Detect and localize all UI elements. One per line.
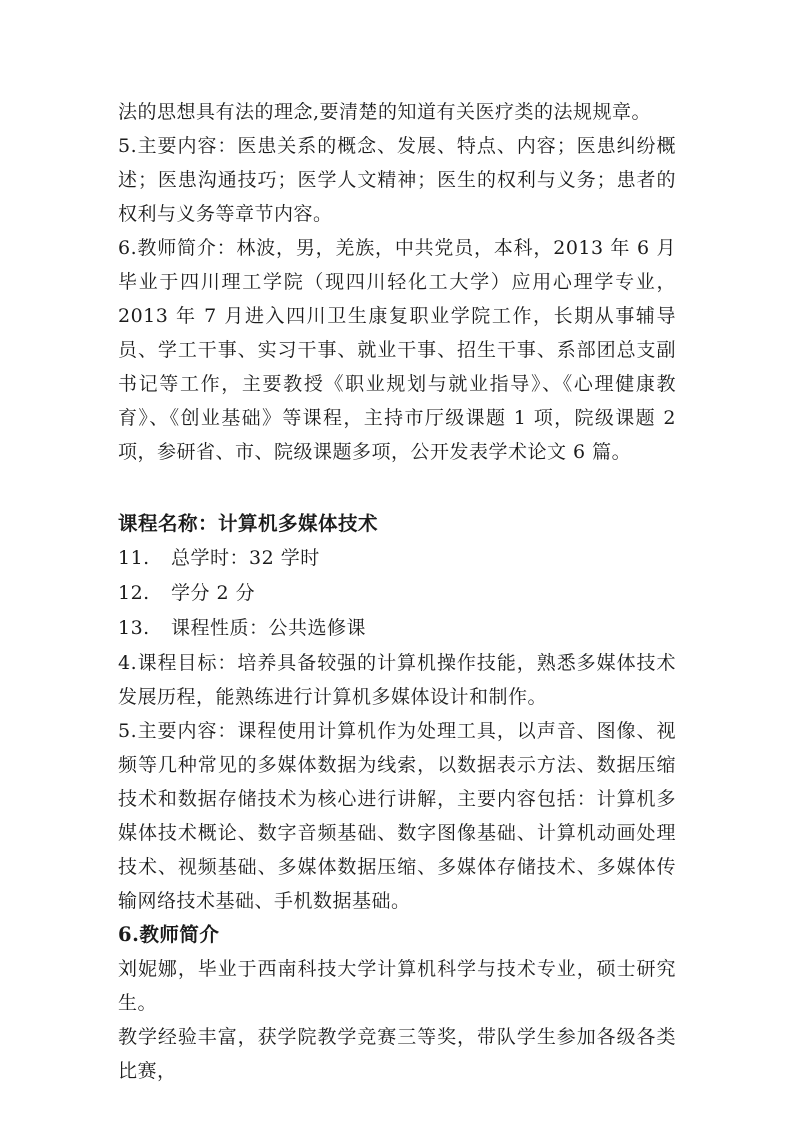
paragraph-main-content-medical: 5.主要内容：医患关系的概念、发展、特点、内容；医患纠纷概述；医患沟通技巧；医学… [118,129,676,231]
list-item-number: 13. [118,611,171,646]
list-item-text: 总学时：32 学时 [171,541,676,576]
list-item-course-nature: 13. 课程性质：公共选修课 [118,611,676,646]
paragraph-course-objective: 4.课程目标：培养具备较强的计算机操作技能，熟悉多媒体技术发展历程，能熟练进行计… [118,646,676,714]
paragraph-law-concept-continuation: 法的思想具有法的理念,要清楚的知道有关医疗类的法规规章。 [118,95,676,129]
teacher-intro-heading: 6.教师简介 [118,918,676,952]
paragraph-teacher-intro-linbo: 6.教师简介：林波，男，羌族，中共党员，本科，2013 年 6 月毕业于四川理工… [118,231,676,469]
list-item-text: 课程性质：公共选修课 [171,611,676,646]
paragraph-main-content-multimedia: 5.主要内容：课程使用计算机作为处理工具，以声音、图像、视频等几种常见的多媒体数… [118,714,676,918]
list-item-credits: 12. 学分 2 分 [118,576,676,611]
list-item-total-hours: 11. 总学时：32 学时 [118,541,676,576]
paragraph-teacher-liunina: 刘妮娜，毕业于西南科技大学计算机科学与技术专业，硕士研究生。 [118,952,676,1020]
list-item-text: 学分 2 分 [171,576,676,611]
list-item-number: 12. [118,576,171,611]
document-page: 法的思想具有法的理念,要清楚的知道有关医疗类的法规规章。 5.主要内容：医患关系… [0,0,793,1122]
paragraph-teaching-experience: 教学经验丰富，获学院教学竞赛三等奖，带队学生参加各级各类比赛， [118,1020,676,1088]
course-title-heading: 课程名称：计算机多媒体技术 [118,507,676,541]
list-item-number: 11. [118,541,171,576]
